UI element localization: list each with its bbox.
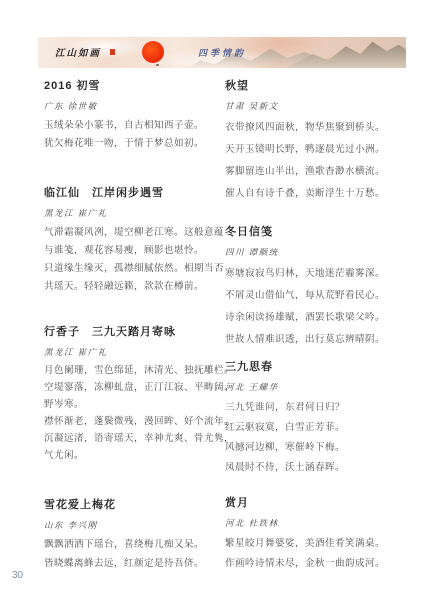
poem-title: 冬日信笺: [225, 223, 385, 239]
poem-line: 玉绒朵朵小篆书，自古相知西子壶。: [44, 117, 204, 135]
poem-author: 四川 谭顺统: [225, 246, 385, 258]
poem-qiuwang: 秋望 甘肃 吴新文 衣带撩风四面秋，物华焦聚到桥头。 天开玉镜明长野，鸭逐晨光过…: [225, 77, 385, 205]
poem-line: 与谁笺，观花容易瘦，顾影也堪怜。: [44, 242, 224, 260]
poem-author: 甘肃 吴新文: [225, 100, 385, 112]
poem-title: 三九思春: [225, 358, 345, 374]
magazine-page: { "banner": { "brand": "江山如画", "section"…: [0, 0, 428, 600]
poem-line: 寒塘寂寂鸟归林，天地迷茫霾雾深。: [225, 263, 385, 285]
poem-author: 河北 杜铁林: [225, 517, 385, 529]
poem-line: 催人自有诗千叠，卖断浮生十万愁。: [225, 183, 385, 205]
poem-sanjiu-sichun: 三九思春 河北 王耀华 三九凭谁问，东君何日归？ 红云驱寂寞，白雪正芳菲。 风撼…: [225, 358, 345, 478]
poem-xuehua-aishang-meihua: 雪花爱上梅花 山东 李兴刚 飘飘洒洒下瑶台，喜绕梅儿痴又呆。 皆晓蝶离蜂去远，红…: [44, 496, 204, 574]
poem-title: 秋望: [225, 77, 385, 93]
poem-shangyue: 赏月 河北 杜铁林 繁星皎月舞婆娑，美酒佳肴笑满桌。 作画吟诗情未尽，金秋一曲韵…: [225, 494, 385, 574]
page-number: 30: [12, 570, 23, 581]
banner-brand-calligraphy: 江山如画: [55, 45, 101, 59]
poem-line: 雾脚留连山半出，渔歌杳渺水横流。: [225, 161, 385, 183]
poem-line: 凤晨时不待，沃土涵春晖。: [225, 458, 345, 478]
poem-title: 2016 初雪: [44, 77, 204, 93]
poem-line: 不屑灵山借仙气，每从荒野看民心。: [225, 285, 385, 307]
poem-line: 皆晓蝶离蜂去远，红颜定是待吾侪。: [44, 555, 204, 574]
poem-line: 三九凭谁问，东君何日归？: [225, 398, 345, 418]
poem-line: 风撼河边柳，寒催岭下梅。: [225, 438, 345, 458]
poem-line: 空堤寥落，冻柳虬盘，正汀江寂、平畴阔、: [44, 380, 234, 397]
poem-line: 只道缘生缘灭，孤襟细腻依然。相期当否: [44, 260, 224, 278]
poem-title: 临江仙 江岸闲步遇雪: [44, 184, 224, 200]
poem-line: 作画吟诗情未尽，金秋一曲韵成河。: [225, 554, 385, 574]
header-banner: 江山如画 四季情韵: [38, 37, 406, 68]
poem-author: 广东 徐世敏: [44, 100, 204, 112]
poem-line: 诗余闲读扬雄赋，酒罢长歌梁父吟。: [225, 307, 385, 329]
poem-dongri-xinjian: 冬日信笺 四川 谭顺统 寒塘寂寂鸟归林，天地迷茫霾雾深。 不屑灵山借仙气，每从荒…: [225, 223, 385, 351]
poem-author: 山东 李兴刚: [44, 519, 204, 531]
poem-line: 野岑寒。: [44, 397, 234, 414]
poem-title: 赏月: [225, 494, 385, 510]
poem-line: 繁星皎月舞婆娑，美酒佳肴笑满桌。: [225, 534, 385, 554]
poem-line: 襟怀渐老，蓬鬓微残，漫回眸、好个流年。: [44, 414, 234, 431]
poem-xingxiangzi: 行香子 三九天踏月寄咏 黑龙江 崔广礼 月色阑珊，雪色绵延，沐清光、独抚雕栏。 …: [44, 323, 234, 465]
poem-line: 天开玉镜明长野，鸭逐晨光过小洲。: [225, 139, 385, 161]
poem-line: 沉凝远渚，语寄瑶天，幸神尤爽、骨尤隽，: [44, 431, 234, 448]
poem-line: 月色阑珊，雪色绵延，沐清光、独抚雕栏。: [44, 363, 234, 380]
poem-line: 犹欠梅花唯一吻，于情于梦总如初。: [44, 135, 204, 153]
poem-line: 气尤闲。: [44, 448, 234, 465]
banner-section-calligraphy: 四季情韵: [198, 46, 246, 59]
poem-line: 世故人情难识透，出行莫忘辨晴阴。: [225, 329, 385, 351]
poem-line: 共瑶天。轻轻融远籁，款款在樽前。: [44, 278, 224, 296]
poem-author: 黑龙江 崔广礼: [44, 346, 234, 358]
poem-line: 气滞霜凝风冽，堤空柳老江寒。这般意蕴: [44, 224, 224, 242]
poem-line: 衣带撩风四面秋，物华焦聚到桥头。: [225, 117, 385, 139]
poem-linjiangxian: 临江仙 江岸闲步遇雪 黑龙江 崔广礼 气滞霜凝风冽，堤空柳老江寒。这般意蕴 与谁…: [44, 184, 224, 296]
poem-line: 飘飘洒洒下瑶台，喜绕梅儿痴又呆。: [44, 536, 204, 555]
poem-line: 红云驱寂寞，白雪正芳菲。: [225, 418, 345, 438]
poem-author: 河北 王耀华: [225, 381, 345, 393]
poem-title: 行香子 三九天踏月寄咏: [44, 323, 234, 339]
red-sun-icon: [142, 41, 164, 63]
poem-author: 黑龙江 崔广礼: [44, 207, 224, 219]
bird-dot-art: [156, 64, 159, 66]
poem-2016-chuxue: 2016 初雪 广东 徐世敏 玉绒朵朵小篆书，自古相知西子壶。 犹欠梅花唯一吻，…: [44, 77, 204, 153]
poem-title: 雪花爱上梅花: [44, 496, 204, 512]
red-seal-icon: [110, 49, 115, 55]
